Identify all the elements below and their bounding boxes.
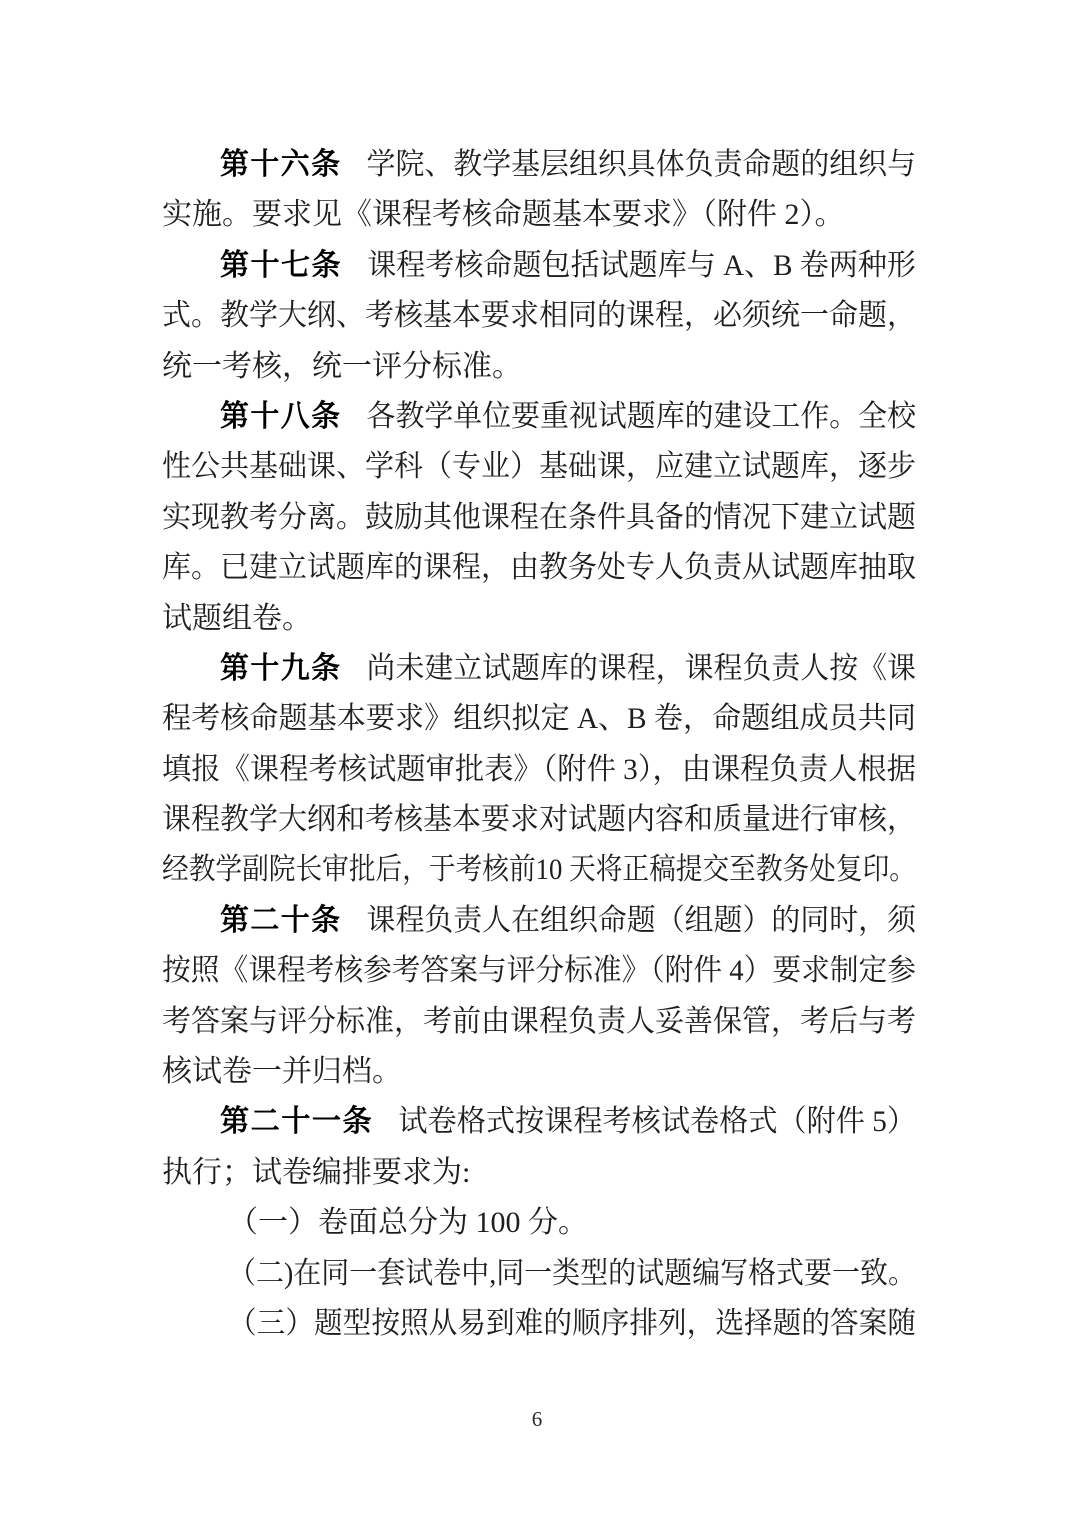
- article-number: 第十六条: [220, 148, 341, 181]
- line-text: （二)在同一套试卷中,同一类型的试题编写格式要一致。: [228, 1257, 916, 1290]
- line-text: 按照《课程考核参考答案与评分标准》（附件 4）要求制定参: [162, 954, 916, 987]
- line-content: 课程教学大纲和考核基本要求对试题内容和质量进行审核，: [162, 795, 916, 845]
- text-line: 核试卷一并归档。: [162, 1047, 916, 1097]
- article-heading-line: 第二十一条试卷格式按课程考核试卷格式（附件 5）: [162, 1097, 916, 1147]
- line-content: （三）题型按照从易到难的顺序排列，选择题的答案随: [228, 1299, 916, 1349]
- line-text: （一）卷面总分为 100 分。: [228, 1206, 588, 1239]
- line-content: 第十八条各教学单位要重视试题库的建设工作。全校: [220, 392, 916, 442]
- article-number: 第十八条: [220, 400, 341, 433]
- line-content: 填报《课程考核试题审批表》（附件 3），由课程负责人根据: [162, 745, 916, 795]
- article-number: 第十九条: [220, 652, 341, 685]
- text-line: 实施。要求见《课程考核命题基本要求》（附件 2）。: [162, 190, 916, 240]
- line-content: 第二十一条试卷格式按课程考核试卷格式（附件 5）: [220, 1097, 916, 1147]
- line-text: 试卷格式按课程考核试卷格式（附件 5）: [398, 1105, 916, 1138]
- line-content: 统一考核，统一评分标准。: [162, 342, 522, 392]
- article-heading-line: 第十八条各教学单位要重视试题库的建设工作。全校: [162, 392, 916, 442]
- line-content: 第二十条课程负责人在组织命题（组题）的同时，须: [220, 896, 916, 946]
- line-text: 实现教考分离。鼓励其他课程在条件具备的情况下建立试题: [162, 501, 916, 534]
- line-content: 实现教考分离。鼓励其他课程在条件具备的情况下建立试题: [162, 493, 916, 543]
- text-line: 按照《课程考核参考答案与评分标准》（附件 4）要求制定参: [162, 946, 916, 996]
- list-item-line: （三）题型按照从易到难的顺序排列，选择题的答案随: [162, 1299, 916, 1349]
- line-content: 按照《课程考核参考答案与评分标准》（附件 4）要求制定参: [162, 946, 916, 996]
- line-text: 填报《课程考核试题审批表》（附件 3），由课程负责人根据: [162, 753, 916, 786]
- article-number: 第二十条: [220, 904, 341, 937]
- line-text: 考答案与评分标准，考前由课程负责人妥善保管，考后与考: [162, 1005, 916, 1038]
- line-text: 性公共基础课、学科（专业）基础课，应建立试题库，逐步: [162, 450, 916, 483]
- line-content: 库。已建立试题库的课程，由教务处专人负责从试题库抽取: [162, 543, 916, 593]
- text-line: 性公共基础课、学科（专业）基础课，应建立试题库，逐步: [162, 442, 916, 492]
- line-text: 式。教学大纲、考核基本要求相同的课程，必须统一命题，: [162, 299, 916, 332]
- text-line: 经教学副院长审批后，于考核前10 天将正稿提交至教务处复印。: [162, 845, 916, 895]
- line-text: 学院、教学基层组织具体负责命题的组织与: [367, 148, 916, 181]
- line-content: 第十九条尚未建立试题库的课程，课程负责人按《课: [220, 644, 916, 694]
- article-number: 第二十一条: [220, 1105, 373, 1138]
- article-heading-line: 第二十条课程负责人在组织命题（组题）的同时，须: [162, 896, 916, 946]
- line-text: 执行；试卷编排要求为:: [162, 1156, 470, 1189]
- line-content: 执行；试卷编排要求为:: [162, 1148, 470, 1198]
- line-content: 程考核命题基本要求》组织拟定 A、B 卷，命题组成员共同: [162, 694, 916, 744]
- text-line: 库。已建立试题库的课程，由教务处专人负责从试题库抽取: [162, 543, 916, 593]
- page-number: 6: [0, 1406, 1074, 1432]
- text-line: 实现教考分离。鼓励其他课程在条件具备的情况下建立试题: [162, 493, 916, 543]
- text-line: 考答案与评分标准，考前由课程负责人妥善保管，考后与考: [162, 997, 916, 1047]
- line-content: 第十六条学院、教学基层组织具体负责命题的组织与: [220, 140, 916, 190]
- text-line: 试题组卷。: [162, 594, 916, 644]
- line-text: 程考核命题基本要求》组织拟定 A、B 卷，命题组成员共同: [162, 702, 916, 735]
- text-line: 统一考核，统一评分标准。: [162, 342, 916, 392]
- line-content: 性公共基础课、学科（专业）基础课，应建立试题库，逐步: [162, 442, 916, 492]
- article-number: 第十七条: [220, 249, 342, 282]
- line-text: 课程考核命题包括试题库与 A、B 卷两种形: [367, 249, 916, 282]
- text-line: 课程教学大纲和考核基本要求对试题内容和质量进行审核，: [162, 795, 916, 845]
- line-text: 统一考核，统一评分标准。: [162, 350, 522, 383]
- line-content: （一）卷面总分为 100 分。: [228, 1198, 588, 1248]
- line-content: 核试卷一并归档。: [162, 1047, 402, 1097]
- text-line: 填报《课程考核试题审批表》（附件 3），由课程负责人根据: [162, 745, 916, 795]
- text-line: 程考核命题基本要求》组织拟定 A、B 卷，命题组成员共同: [162, 694, 916, 744]
- line-text: 尚未建立试题库的课程，课程负责人按《课: [367, 652, 916, 685]
- article-heading-line: 第十六条学院、教学基层组织具体负责命题的组织与: [162, 140, 916, 190]
- line-content: （二)在同一套试卷中,同一类型的试题编写格式要一致。: [228, 1249, 916, 1299]
- line-text: （三）题型按照从易到难的顺序排列，选择题的答案随: [228, 1307, 916, 1340]
- document-body: 第十六条学院、教学基层组织具体负责命题的组织与实施。要求见《课程考核命题基本要求…: [162, 140, 916, 1349]
- line-text: 课程负责人在组织命题（组题）的同时，须: [367, 904, 916, 937]
- line-content: 第十七条课程考核命题包括试题库与 A、B 卷两种形: [220, 241, 916, 291]
- line-text: 各教学单位要重视试题库的建设工作。全校: [367, 400, 916, 433]
- line-text: 实施。要求见《课程考核命题基本要求》（附件 2）。: [162, 198, 845, 231]
- article-heading-line: 第十九条尚未建立试题库的课程，课程负责人按《课: [162, 644, 916, 694]
- line-content: 式。教学大纲、考核基本要求相同的课程，必须统一命题，: [162, 291, 916, 341]
- line-text: 经教学副院长审批后，于考核前10 天将正稿提交至教务处复印。: [162, 853, 916, 886]
- list-item-line: （二)在同一套试卷中,同一类型的试题编写格式要一致。: [162, 1249, 916, 1299]
- line-content: 实施。要求见《课程考核命题基本要求》（附件 2）。: [162, 190, 845, 240]
- line-text: 课程教学大纲和考核基本要求对试题内容和质量进行审核，: [162, 803, 916, 836]
- document-page: { "document": { "page_number": "6", "lin…: [0, 0, 1074, 1520]
- text-line: 式。教学大纲、考核基本要求相同的课程，必须统一命题，: [162, 291, 916, 341]
- line-text: 试题组卷。: [162, 602, 312, 635]
- article-heading-line: 第十七条课程考核命题包括试题库与 A、B 卷两种形: [162, 241, 916, 291]
- line-content: 经教学副院长审批后，于考核前10 天将正稿提交至教务处复印。: [162, 845, 916, 895]
- line-content: 考答案与评分标准，考前由课程负责人妥善保管，考后与考: [162, 997, 916, 1047]
- list-item-line: （一）卷面总分为 100 分。: [162, 1198, 916, 1248]
- line-content: 试题组卷。: [162, 594, 312, 644]
- text-line: 执行；试卷编排要求为:: [162, 1148, 916, 1198]
- line-text: 核试卷一并归档。: [162, 1055, 402, 1088]
- line-text: 库。已建立试题库的课程，由教务处专人负责从试题库抽取: [162, 551, 916, 584]
